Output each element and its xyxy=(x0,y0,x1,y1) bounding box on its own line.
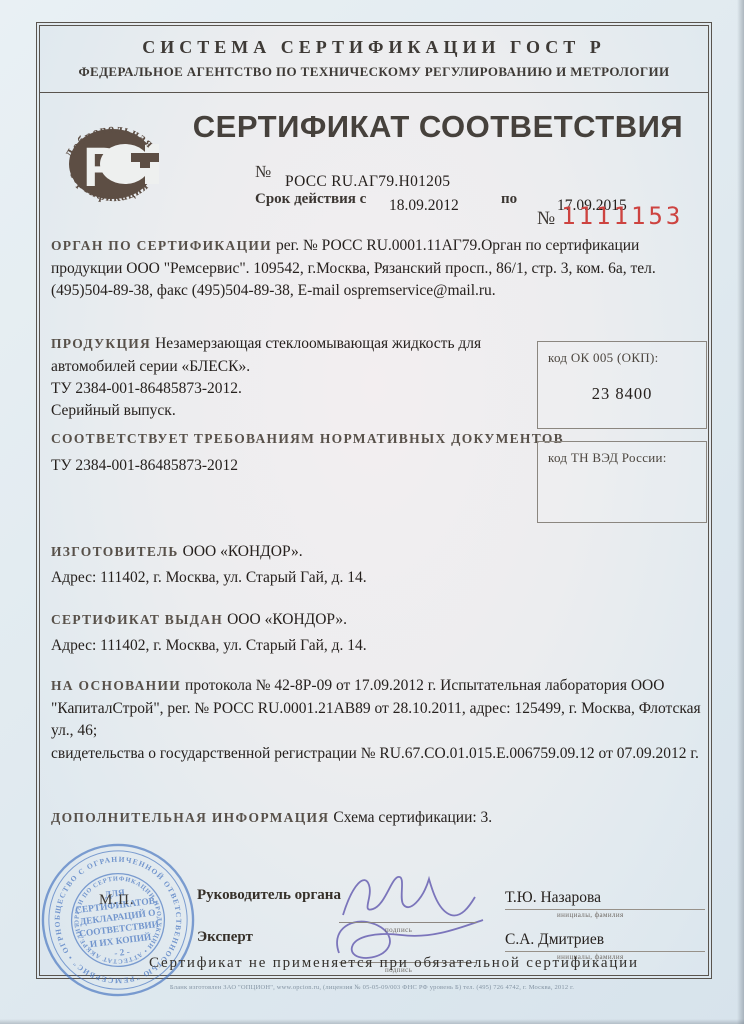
production-label: ПРОДУКЦИЯ xyxy=(51,336,151,351)
head-signature-line xyxy=(339,903,477,923)
head-signature-caption: подпись xyxy=(385,926,412,934)
serial-number: 1111153 xyxy=(561,202,683,230)
round-stamp: ОБЩЕСТВО С ОГРАНИЧЕННОЙ ОТВЕТСТВЕННОСТЬЮ… xyxy=(30,832,206,1008)
certificate-title: СЕРТИФИКАТ СООТВЕТСТВИЯ xyxy=(177,109,699,145)
certification-body-label: ОРГАН ПО СЕРТИФИКАЦИИ xyxy=(51,238,272,253)
issued-to-address: Адрес: 111402, г. Москва, ул. Старый Гай… xyxy=(51,637,367,655)
scan-edge-bottom xyxy=(0,1019,744,1024)
valid-from-date: 18.09.2012 xyxy=(389,197,459,215)
section-manufacturer: ИЗГОТОВИТЕЛЬ ООО «КОНДОР». xyxy=(51,543,303,561)
expert-name: С.А. Дмитриев xyxy=(505,931,705,952)
additional-info-text: Схема сертификации: 3. xyxy=(333,809,492,826)
stamp-line-6: - 2 - xyxy=(114,947,131,959)
basis-label: НА ОСНОВАНИИ xyxy=(51,678,181,693)
section-certification-body: ОРГАН ПО СЕРТИФИКАЦИИ рег. № РОСС RU.000… xyxy=(51,235,701,303)
conformity-text: ТУ 2384-001-86485873-2012 xyxy=(51,457,238,475)
serial-number-label: № xyxy=(537,208,555,229)
okp-code-value: 23 8400 xyxy=(538,384,706,404)
manufacturer-name: ООО «КОНДОР». xyxy=(183,543,303,560)
basis-text2: свидетельства о государственной регистра… xyxy=(51,743,705,765)
head-role-label: Руководитель органа xyxy=(197,887,341,904)
issued-to-name: ООО «КОНДОР». xyxy=(227,611,347,628)
disclaimer-text: Сертификат не применяется при обязательн… xyxy=(149,955,639,972)
number-label: № xyxy=(255,162,271,182)
additional-info-label: ДОПОЛНИТЕЛЬНАЯ ИНФОРМАЦИЯ xyxy=(51,810,329,825)
conformity-label: СООТВЕТСТВУЕТ ТРЕБОВАНИЯМ НОРМАТИВНЫХ ДО… xyxy=(51,431,564,447)
expert-role-label: Эксперт xyxy=(197,929,253,946)
tnved-code-box: код ТН ВЭД России: xyxy=(537,441,707,523)
certificate-scan: { "certificate": { "system_line1": "СИСТ… xyxy=(0,0,744,1024)
manufacturer-label: ИЗГОТОВИТЕЛЬ xyxy=(51,544,179,559)
production-serial-issue: Серийный выпуск. xyxy=(51,400,549,422)
production-tu: ТУ 2384-001-86485873-2012. xyxy=(51,378,549,400)
manufacturer-address: Адрес: 111402, г. Москва, ул. Старый Гай… xyxy=(51,569,367,587)
section-additional-info: ДОПОЛНИТЕЛЬНАЯ ИНФОРМАЦИЯ Схема сертифик… xyxy=(51,809,492,827)
certificate-number: РОСС RU.АГ79.Н01205 xyxy=(285,173,450,191)
issued-to-label: СЕРТИФИКАТ ВЫДАН xyxy=(51,612,223,627)
okp-code-box: код ОК 005 (ОКП): 23 8400 xyxy=(537,341,707,429)
certificate-frame: СИСТЕМА СЕРТИФИКАЦИИ ГОСТ Р ФЕДЕРАЛЬНОЕ … xyxy=(36,22,712,979)
seal-place-label: М.П. xyxy=(99,892,135,909)
okp-code-label: код ОК 005 (ОКП): xyxy=(548,350,706,366)
system-title: СИСТЕМА СЕРТИФИКАЦИИ ГОСТ Р xyxy=(40,37,708,58)
section-production: ПРОДУКЦИЯ Незамерзающая стеклоомывающая … xyxy=(51,333,549,422)
certificate-header: СИСТЕМА СЕРТИФИКАЦИИ ГОСТ Р ФЕДЕРАЛЬНОЕ … xyxy=(40,26,708,93)
section-basis: НА ОСНОВАНИИ протокола № 42-8Р-09 от 17.… xyxy=(51,675,705,765)
validity-label: Срок действия с xyxy=(255,191,366,208)
blank-print-info: Бланк изготовлен ЗАО "ОПЦИОН", www.opcio… xyxy=(0,984,744,991)
section-issued-to: СЕРТИФИКАТ ВЫДАН ООО «КОНДОР». xyxy=(51,611,347,629)
serial-number-row: №1111153 xyxy=(537,202,683,230)
scan-edge-right xyxy=(737,0,744,1024)
rst-certification-mark-icon: Р Добровольная сертификация xyxy=(53,103,175,225)
valid-to-label: по xyxy=(501,191,517,208)
tnved-code-label: код ТН ВЭД России: xyxy=(548,450,706,466)
agency-title: ФЕДЕРАЛЬНОЕ АГЕНТСТВО ПО ТЕХНИЧЕСКОМУ РЕ… xyxy=(40,64,708,80)
head-name-caption: инициалы, фамилия xyxy=(557,911,624,919)
head-name: Т.Ю. Назарова xyxy=(505,889,705,910)
